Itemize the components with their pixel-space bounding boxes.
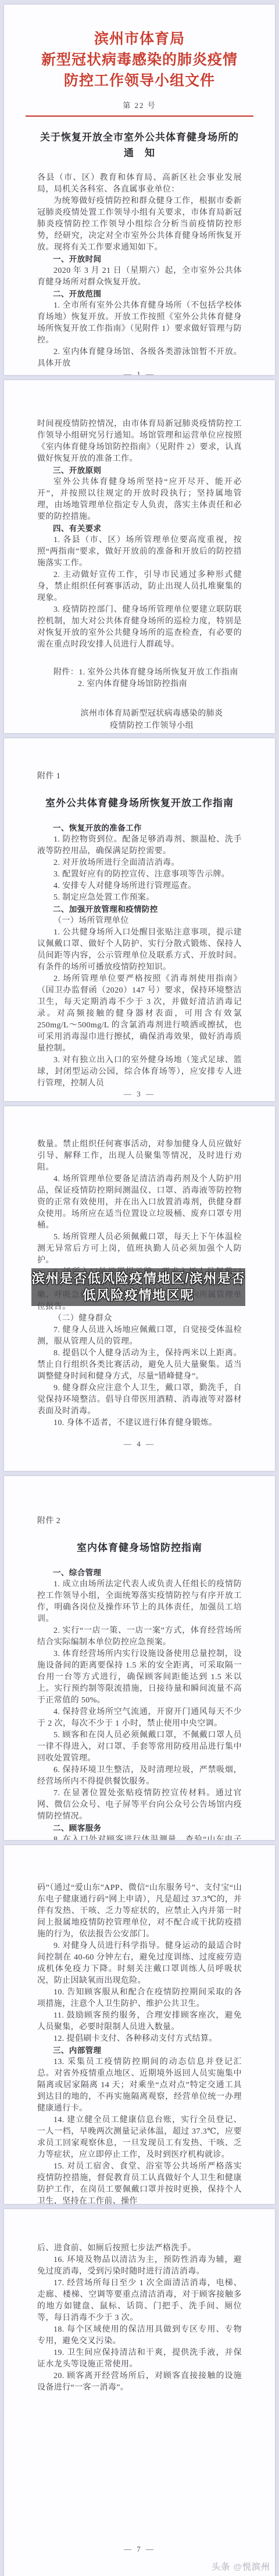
page-2-body: 时间视疫情防控情况，由市体育局新冠肺炎疫情防控工作领导小组研究另行通知。场馆管理… — [37, 380, 242, 733]
document-page-3: 附件 1室外公共体育健身场所恢复开放工作指南一、恢复开放的准备工作1. 防控物资… — [4, 738, 275, 1101]
section-heading: 三、开放原则 — [37, 465, 242, 477]
paragraph: 10. 告知顾客服从和配合在疫情防控期间采取的各项措施，注意个人卫生防护、维护公… — [37, 1987, 242, 2010]
section-heading: 二、开放范围 — [37, 288, 242, 300]
paragraph: 15. 对员工宿舍、食堂、浴室等公共场所严格落实疫情防控措施，督促教育员工认真做… — [37, 2161, 242, 2204]
section-heading: 二、顾客服务 — [37, 1823, 242, 1834]
document-title-line: 室外公共体育健身场所恢复开放工作指南 — [37, 795, 242, 811]
paragraph: 9. 对健身人员进行科学指导。健身运动的最适合时间控制在 40-60 分钟左右，… — [37, 1940, 242, 1987]
paragraph: 为统筹做好疫情防控和群众健身工作，根据市委新冠肺炎疫情处置工作领导小组有关要求，… — [37, 196, 242, 254]
paragraph: 10. 身体不适者，不建议进行体育健身锻炼。 — [37, 1417, 242, 1429]
page-number: — 3 — — [4, 1089, 275, 1101]
document-title: 关于恢复开放全市室外公共体育健身场所的通 知 — [37, 129, 242, 161]
paragraph: 17. 经营场所每日至少 1 次全面清洁消毒，电梯、走廊、楼梯、空调等要重点清洁… — [37, 2278, 242, 2324]
channel-watermark: 头条 @悦滨州 — [212, 2560, 270, 2573]
paragraph: 6. 保持环境卫生整洁，及时清理垃圾，严禁吸烟，经营场所内不得提供餐饮服务。 — [37, 1765, 242, 1788]
paragraph: 11. 鼓励顾客预约服务，合理安排顾客座次，避免人员聚集，必要时限制人员进入数量… — [37, 2010, 242, 2033]
paragraph: 16. 环境及物品以清洁为主，预防性消毒为辅，避免过度消毒，受到污染时随时进行清… — [37, 2254, 242, 2278]
letterhead-org-line3: 防控工作领导小组文件 — [4, 71, 275, 92]
document-title-line: 通 知 — [37, 145, 242, 161]
document-title: 室内体育健身场馆防控指南 — [37, 1540, 242, 1556]
paragraph: 5. 场所管理人员必须佩戴口罩，每天上下午体温检测无异常后方可上岗，值班执勤人员… — [37, 1232, 242, 1267]
paragraph: 室外公共体育健身场所坚持“应开尽开、能开必开”，并按照以往规定的开放时段执行；坚… — [37, 477, 242, 523]
paragraph: 3. 配置好应有的防控宣传、注意事项等告示牌。 — [37, 869, 242, 881]
paragraph: 1. 防控物资到位。配备足够消毒剂、额温枪、洗手液等防控用品，确保满足防控需要。 — [37, 834, 242, 857]
video-caption-overlay: 滨州是否低风险疫情地区/滨州是否 低风险疫情地区呢 — [31, 1268, 245, 1306]
signature-line: 滨州市体育局新型冠状病毒感染的肺炎 — [62, 708, 242, 720]
paragraph: 2. 主动做好宣传工作，引导市民通过多种形式健身，禁止组织任何赛事活动，防止出现… — [37, 569, 242, 604]
document-page-6: 码”（通过“爱山东”APP、微信“山东服务号”、支付宝“山东电子健康通行码”网上… — [4, 1845, 275, 2204]
paragraph: 9. 健身群众应注意个人卫生，戴口罩，勤洗手，自觉保持环境整洁。倡导自带医用酒精… — [37, 1383, 242, 1417]
paragraph-continued: 后、进食前、如厕后按照七步法严格洗手。 — [37, 2243, 242, 2254]
document-title: 室外公共体育健身场所恢复开放工作指南 — [37, 795, 242, 811]
sub-section-heading: （一）场所管理单位 — [37, 915, 242, 927]
paragraph: 1. 公共健身场所入口处醒目张贴注意事项，提示建议佩戴口罩、做好个人防护、实行分… — [37, 927, 242, 973]
paragraph: 2. 室内体育健身场馆、各级各类游泳馆暂不开放。具体开放 — [37, 347, 242, 370]
paragraph: 8. 提倡以个人健身活动为主，保持两米以上距离。禁止自行组织各类比赛活动，避免人… — [37, 1348, 242, 1383]
section-heading: 三、内部管理 — [37, 2045, 242, 2057]
spacer — [37, 651, 242, 667]
paragraph: 1. 成立由场所法定代表人或负责人任组长的疫情防控工作领导小组，全面统筹落实疫情… — [37, 1579, 242, 1625]
caption-line-1: 滨州是否低风险疫情地区/滨州是否 — [31, 1270, 245, 1287]
page-3-body: 附件 1室外公共体育健身场所恢复开放工作指南一、恢复开放的准备工作1. 防控物资… — [37, 738, 242, 1089]
paragraph: 2. 场所管理单位要严格按照《消毒剂使用指南》（国卫办监督函（2020）147 … — [37, 973, 242, 1055]
document-title-line: 关于恢复开放全市室外公共体育健身场所的 — [37, 129, 242, 145]
document-scroll: 滨州市体育局 新型冠状病毒感染的肺炎疫情 防控工作领导小组文件 第 22 号 关… — [0, 0, 279, 2576]
document-page-1: 滨州市体育局 新型冠状病毒感染的肺炎疫情 防控工作领导小组文件 第 22 号 关… — [4, 5, 275, 375]
paragraph: 3. 体育经营场所内实行设施设备使用总量控制，设施设备间的距离要保持 1.5 米… — [37, 1648, 242, 1706]
letterhead: 滨州市体育局 新型冠状病毒感染的肺炎疫情 防控工作领导小组文件 第 22 号 — [4, 5, 275, 117]
paragraph: 1. 各县（市、区）场所管理单位要高度重视，按照“两指南”要求，做好开放前的准备… — [37, 535, 242, 569]
sub-section-heading: （二）健身群众 — [37, 1313, 242, 1325]
paragraph: 2020 年 3 月 21 日（星期六）起，全市室外公共体育健身场所对群众恢复开… — [37, 265, 242, 288]
paragraph: 3. 疫情防控部门、健身场所管理单位要建立联防联控机制，加大对公共体育健身场所的… — [37, 604, 242, 651]
paragraph: 19. 卫生间应保持清洁和干爽，提供洗手液，并保证水龙头等设施正常使用。 — [37, 2347, 242, 2371]
document-number: 第 22 号 — [4, 99, 275, 110]
document-page-7: 后、进食前、如厕后按照七步法严格洗手。16. 环境及物品以清洁为主，预防性消毒为… — [4, 2209, 275, 2576]
attachment-label: 附件 1 — [37, 771, 242, 782]
paragraph: 4. 保持营业场所空气流通，开窗开门通风每天不少于 2 次，每次不少于 1 小时… — [37, 1706, 242, 1730]
section-heading: 一、恢复开放的准备工作 — [37, 822, 242, 834]
page-6-body: 码”（通过“爱山东”APP、微信“山东服务号”、支付宝“山东电子健康通行码”网上… — [37, 1845, 242, 2204]
letterhead-org-line1: 滨州市体育局 — [4, 29, 275, 50]
letterhead-org-line2: 新型冠状病毒感染的肺炎疫情 — [4, 50, 275, 71]
page-7-body: 后、进食前、如厕后按照七步法严格洗手。16. 环境及物品以清洁为主，预防性消毒为… — [37, 2209, 242, 2394]
paragraph: 2. 对开放场所进行全面清洁消毒。 — [37, 857, 242, 869]
paragraph: 18. 每个区域使用的保洁用具做到专区专用、专物专用，避免交叉污染。 — [37, 2324, 242, 2347]
paragraph: 20. 顾客离开经营场所后，对顾客直接接触的设施设备进行“一客一消毒”。 — [37, 2371, 242, 2394]
paragraph: 12. 提倡刷卡支付、各种移动支付方式结算。 — [37, 2033, 242, 2045]
section-heading: 二、加强开放管理和疫情防控 — [37, 904, 242, 915]
paragraph: 4. 场所管理单位要备足清洁消毒药剂及个人防护用品，保证疫情防控期间测温仪、口罩… — [37, 1174, 242, 1232]
page-5-body: 附件 2室内体育健身场馆防控指南一、综合管理1. 成立由场所法定代表人或负责人任… — [37, 1476, 242, 1840]
signature-line: 2020 年 3 月 19 日 — [62, 732, 242, 733]
section-heading: 一、开放时间 — [37, 254, 242, 265]
paragraph: 13. 采集员工疫情防控期间的动态信息并登记汇总。对省外疫情重点地区、近期境外返… — [37, 2057, 242, 2115]
signature-line: 疫情防控工作领导小组 — [62, 720, 242, 732]
paragraph: 5. 制定应急处置工作预案。 — [37, 892, 242, 904]
document-title-line: 室内体育健身场馆防控指南 — [37, 1540, 242, 1556]
document-page-4: 滨州是否低风险疫情地区/滨州是否 低风险疫情地区呢 数量。禁止组织任何赛事活动，… — [4, 1106, 275, 1471]
paragraph: 1. 全市所有室外公共体育健身场所（不包括学校体育场地）恢复开放。开放工作按照《… — [37, 300, 242, 347]
page-1-body: 关于恢复开放全市室外公共体育健身场所的通 知各县（市、区）教育和体育局、高新区社… — [37, 117, 242, 370]
paragraph: 14. 建立健全员工健康信息台账，实行全员登记、一人一档，早晚两次测量记录体温，… — [37, 2115, 242, 2161]
page-number: — 1 — — [4, 370, 275, 375]
paragraph: 3. 对有独立出入口的室外健身场地（笼式足球、篮球，封闭型运动公园，综合体育场等… — [37, 1055, 242, 1089]
attachment-list-item: 2. 室内体育健身场馆防控指南 — [37, 679, 242, 690]
paragraph-continued: 码”（通过“爱山东”APP、微信“山东服务号”、支付宝“山东电子健康通行码”网上… — [37, 1882, 242, 1940]
signature-block: 滨州市体育局新型冠状病毒感染的肺炎疫情防控工作领导小组2020 年 3 月 19… — [62, 708, 242, 733]
paragraph: 2. 实行“一店一策、一店一案”方式，体育经营场所结合实际编制本单位防控应急预案… — [37, 1625, 242, 1648]
paragraph: 5. 顾客和在岗人员必须佩戴口罩，不佩戴口罩人员一律不得进入，对口罩、手套等常用… — [37, 1730, 242, 1765]
spacer — [37, 690, 242, 708]
section-heading: 一、综合管理 — [37, 1567, 242, 1579]
paragraph: 7. 健身人员进入场地应佩戴口罩，自觉接受体温检测，服从管理人员的管理。 — [37, 1325, 242, 1348]
paragraph: 4. 安排专人对健身场所进行管理巡查。 — [37, 881, 242, 892]
attachment-list-item: 附件：1. 室外公共体育健身场所恢复开放工作指南 — [37, 667, 242, 679]
paragraph-continued: 时间视疫情防控情况，由市体育局新冠肺炎疫情防控工作领导小组研究另行通知。场馆管理… — [37, 418, 242, 465]
paragraph: 8. 在入口处对顾客进行体温测量，查验“山东电子健康通行 — [37, 1834, 242, 1840]
page-4-body: 数量。禁止组织任何赛事活动，对参加健身人员应做好引导、解释工作，出现人员聚集等情… — [37, 1106, 242, 1429]
section-heading: 四、有关要求 — [37, 523, 242, 535]
paragraph-continued: 数量。禁止组织任何赛事活动，对参加健身人员应做好引导、解释工作，出现人员聚集等情… — [37, 1139, 242, 1174]
caption-line-2: 低风险疫情地区呢 — [31, 1287, 245, 1304]
document-page-2: 时间视疫情防控情况，由市体育局新冠肺炎疫情防控工作领导小组研究另行通知。场馆管理… — [4, 380, 275, 733]
page-number: — 4 — — [4, 1439, 275, 1471]
attachment-label: 附件 2 — [37, 1516, 242, 1527]
paragraph-continued: 各县（市、区）教育和体育局、高新区社会事业发展局，局机关各科室、各直属事业单位： — [37, 172, 242, 196]
paragraph: 7. 在显著位置处张贴疫情防控宣传材料。通过官网、微信公众号、电子屏等平台向公众… — [37, 1788, 242, 1823]
document-page-5: 附件 2室内体育健身场馆防控指南一、综合管理1. 成立由场所法定代表人或负责人任… — [4, 1476, 275, 1840]
